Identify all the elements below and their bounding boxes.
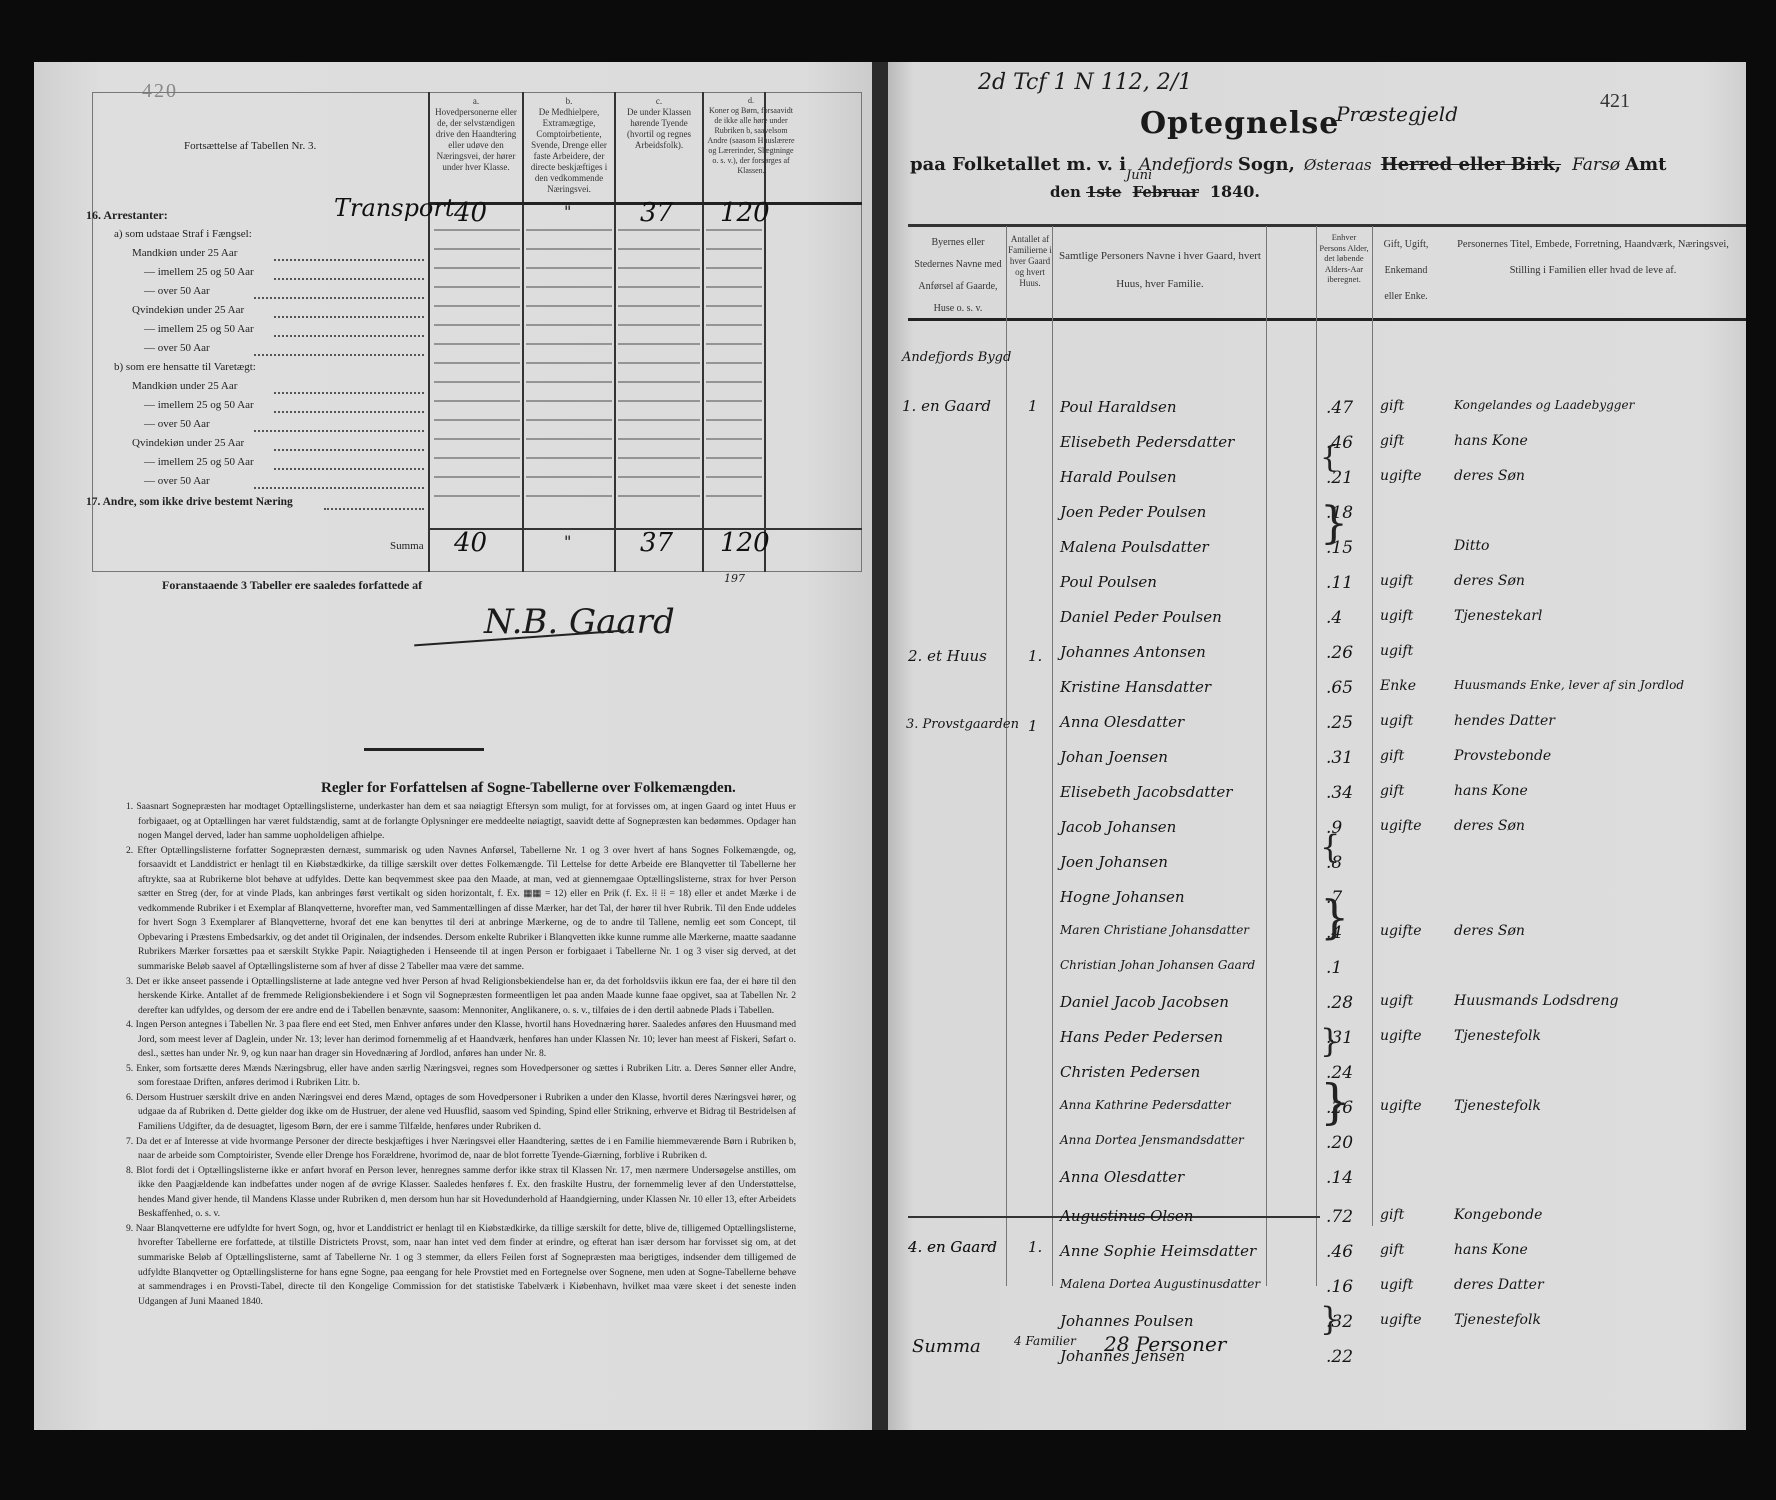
person-name: Anna Dortea Jensmandsdatter: [1060, 1133, 1244, 1147]
summa-label-right: Summa: [912, 1336, 981, 1357]
leader-dots: [254, 354, 424, 356]
person-occupation: deres Søn: [1454, 923, 1525, 939]
rule-3: 3. Det er ikke anseet passende i Optælli…: [126, 975, 796, 1019]
rules-title: Regler for Forfattelsen af Sogne-Tabelle…: [321, 780, 736, 797]
row-label: — imellem 25 og 50 Aar: [144, 399, 254, 411]
table-title: Fortsættelse af Tabellen Nr. 3.: [184, 140, 316, 152]
person-age: .65: [1326, 678, 1353, 698]
person-name: Elisebeth Jacobsdatter: [1060, 783, 1232, 801]
summa-value-a: 40: [454, 528, 487, 558]
rule-2: 2. Efter Optællingslisterne forfatter So…: [126, 844, 796, 975]
col-divider: [1006, 226, 1007, 1286]
household-families: 1.: [1028, 647, 1042, 665]
person-name: Christian Johan Johansen Gaard: [1060, 958, 1255, 972]
person-age: .11: [1326, 573, 1353, 593]
summa-label: Summa: [390, 540, 424, 552]
person-marital-status: ugift: [1380, 713, 1413, 729]
column-a-dots: [434, 212, 520, 512]
person-occupation: Tjenestefolk: [1454, 1312, 1541, 1328]
row-label: — over 50 Aar: [144, 418, 210, 430]
date-month-struck: Februar: [1132, 183, 1198, 201]
col-divider: [1316, 226, 1317, 1286]
person-age: .72: [1326, 1207, 1353, 1227]
person-age: .20: [1326, 1133, 1353, 1153]
person-name: Harald Poulsen: [1060, 468, 1177, 486]
authored-by-label: Foranstaaende 3 Tabeller ere saaledes fo…: [162, 578, 422, 593]
brace-icon: {: [1320, 440, 1339, 475]
household-place: 3. Provstgaarden: [906, 717, 1019, 732]
person-marital-status: ugifte: [1380, 1312, 1422, 1328]
margin-note: 197: [724, 572, 745, 585]
date-month-above: Juni: [1126, 168, 1152, 183]
col-divider: [428, 92, 430, 572]
person-name: Kristine Hansdatter: [1060, 678, 1211, 696]
district-above-handwritten: Præstegjeld: [1336, 102, 1458, 126]
rules-text: 1. Saasnart Sognepræsten har modtaget Op…: [126, 800, 796, 1309]
person-marital-status: ugifte: [1380, 923, 1422, 939]
person-name: Maren Christiane Johansdatter: [1060, 923, 1249, 937]
person-occupation: Tjenestefolk: [1454, 1098, 1541, 1114]
column-header-names: Samtlige Personers Navne i hver Gaard, h…: [1056, 242, 1264, 298]
person-name: Anna Kathrine Pedersdatter: [1060, 1098, 1231, 1112]
left-page: 420 Fortsættelse af Tabellen Nr. 3. a.Ho…: [34, 62, 872, 1430]
person-name: Daniel Jacob Jacobsen: [1060, 993, 1229, 1011]
person-marital-status: ugift: [1380, 1277, 1413, 1293]
date-prefix: den: [1050, 183, 1081, 201]
person-marital-status: gift: [1380, 1207, 1404, 1223]
rule-9: 9. Naar Blanqvetterne ere udfyldte for h…: [126, 1222, 796, 1309]
person-name: Joen Johansen: [1060, 853, 1168, 871]
leader-dots: [274, 411, 424, 413]
page-number-right: 421: [1600, 90, 1630, 113]
person-marital-status: gift: [1380, 783, 1404, 799]
brace-icon: }: [1320, 1300, 1340, 1338]
person-name: Anne Sophie Heimsdatter: [1060, 1242, 1256, 1260]
column-header-a: a.Hovedpersonerne eller de, der selvstæn…: [431, 96, 521, 173]
rule-6: 6. Dersom Hustruer særskilt drive en and…: [126, 1091, 796, 1135]
row-label: Mandkiøn under 25 Aar: [132, 247, 237, 259]
person-name: Johan Joensen: [1060, 748, 1168, 766]
person-occupation: hans Kone: [1454, 1242, 1528, 1258]
amt-label: Amt: [1625, 154, 1666, 175]
column-header-occupation: Personernes Titel, Embede, Forretning, H…: [1448, 232, 1738, 284]
signature: N.B. Gaard: [484, 602, 675, 642]
person-age: .4: [1326, 608, 1342, 628]
row-label: — over 50 Aar: [144, 475, 210, 487]
household-families: 1.: [1028, 1238, 1042, 1256]
person-occupation: Tjenestekarl: [1454, 608, 1542, 624]
person-name: Jacob Johansen: [1060, 818, 1176, 836]
person-marital-status: ugift: [1380, 643, 1413, 659]
column-header-age: Enhver Persons Alder, det løbende Alders…: [1318, 232, 1370, 285]
rule-1: 1. Saasnart Sognepræsten har modtaget Op…: [126, 800, 796, 844]
person-name: Christen Pedersen: [1060, 1063, 1200, 1081]
person-marital-status: ugifte: [1380, 468, 1422, 484]
rule-7: 7. Da det er af Interesse at vide hvorma…: [126, 1135, 796, 1164]
person-marital-status: gift: [1380, 433, 1404, 449]
person-occupation: deres Søn: [1454, 573, 1525, 589]
person-occupation: deres Datter: [1454, 1277, 1544, 1293]
col-divider: [1266, 226, 1267, 1286]
person-age: .26: [1326, 643, 1353, 663]
amt-handwritten: Farsø: [1572, 155, 1620, 175]
row-label: Qvindekiøn under 25 Aar: [132, 304, 244, 316]
person-name: Johannes Antonsen: [1060, 643, 1206, 661]
household-families: 1: [1028, 397, 1038, 415]
person-age: .22: [1326, 1347, 1353, 1367]
summa-value-c: 37: [640, 528, 673, 558]
person-age: .34: [1326, 783, 1353, 803]
person-name: Elisebeth Pedersdatter: [1060, 433, 1234, 451]
row-label: — imellem 25 og 50 Aar: [144, 323, 254, 335]
person-occupation: hans Kone: [1454, 783, 1528, 799]
leader-dots: [274, 335, 424, 337]
person-age: .46: [1326, 1242, 1353, 1262]
column-header-c: c.De under Klassen hørende Tyende (hvort…: [617, 96, 701, 151]
col-divider: [702, 92, 704, 572]
summa-value-b: ": [564, 532, 571, 551]
column-b-dots: [526, 212, 612, 512]
column-header-families: Antallet af Familierne i hver Gaard og h…: [1008, 234, 1052, 289]
person-name: Johannes Poulsen: [1060, 1312, 1194, 1330]
person-marital-status: ugift: [1380, 993, 1413, 1009]
person-name: Malena Dortea Augustinusdatter: [1060, 1277, 1260, 1291]
parish-handwritten: Andefjords: [1139, 155, 1233, 175]
district-handwritten: Østeraas: [1304, 156, 1372, 174]
leader-dots: [254, 297, 424, 299]
person-marital-status: ugifte: [1380, 1098, 1422, 1114]
column-c-dots: [618, 212, 700, 512]
household-families: 1: [1028, 717, 1038, 735]
person-name: Hogne Johansen: [1060, 888, 1185, 906]
col-divider: [522, 92, 524, 572]
person-marital-status: gift: [1380, 748, 1404, 764]
brace-icon: {: [1320, 828, 1340, 866]
person-occupation: Kongelandes og Laadebygger: [1454, 398, 1634, 412]
date-line: den 1ste Februar 1840.: [1050, 182, 1260, 201]
brace-icon: }: [1320, 1022, 1340, 1060]
person-name: Anna Olesdatter: [1060, 713, 1184, 731]
brace-icon: }: [1320, 1074, 1351, 1130]
person-occupation: Provstebonde: [1454, 748, 1551, 764]
row-label: — over 50 Aar: [144, 342, 210, 354]
person-marital-status: ugift: [1380, 608, 1413, 624]
ornament-divider: [364, 748, 484, 751]
person-age: .25: [1326, 713, 1353, 733]
row-label: — over 50 Aar: [144, 285, 210, 297]
person-marital-status: Enke: [1380, 678, 1416, 694]
person-age: .16: [1326, 1277, 1353, 1297]
person-name: Poul Poulsen: [1060, 573, 1157, 591]
section-16-heading: 16. Arrestanter:: [86, 208, 168, 223]
person-occupation: Huusmands Enke, lever af sin Jordlod: [1454, 678, 1684, 692]
person-occupation: Ditto: [1454, 538, 1489, 554]
leader-dots: [274, 259, 424, 261]
leader-dots: [324, 508, 424, 510]
leader-dots: [274, 278, 424, 280]
district-label: Andefjords Bygd: [902, 350, 1011, 365]
person-occupation: Kongebonde: [1454, 1207, 1542, 1223]
summa-persons: 28 Personer: [1104, 1332, 1226, 1356]
person-name: Hans Peder Pedersen: [1060, 1028, 1223, 1046]
person-marital-status: ugifte: [1380, 1028, 1422, 1044]
rule-8: 8. Blot fordi det i Optællingslisterne i…: [126, 1164, 796, 1222]
person-occupation: hendes Datter: [1454, 713, 1555, 729]
table-top-rule: [908, 224, 1746, 227]
leader-dots: [254, 487, 424, 489]
right-page: 2d Tcf 1 N 112, 2/1 421 Optegnelse Præst…: [888, 62, 1746, 1430]
subtitle-line: paa Folketallet m. v. i Andefjords Sogn,…: [910, 154, 1666, 175]
person-age: .1: [1326, 958, 1342, 978]
person-name: Joen Peder Poulsen: [1060, 503, 1206, 521]
person-age: .31: [1326, 748, 1353, 768]
column-header-b: b.De Medhielpere, Extramægtige, Comptoir…: [525, 96, 613, 195]
person-marital-status: gift: [1380, 1242, 1404, 1258]
column-header-place: Byernes eller Stedernes Navne med Anførs…: [912, 232, 1004, 320]
person-marital-status: ugift: [1380, 573, 1413, 589]
household-place: 1. en Gaard: [902, 397, 991, 415]
leader-dots: [274, 468, 424, 470]
row-label: Qvindekiøn under 25 Aar: [132, 437, 244, 449]
person-name: Poul Haraldsen: [1060, 398, 1177, 416]
person-name: Augustinus Olsen: [1060, 1207, 1193, 1225]
col-divider: [1052, 226, 1053, 1286]
col-divider: [614, 92, 616, 572]
leader-dots: [274, 392, 424, 394]
summa-families: 4 Familier: [1014, 1334, 1076, 1348]
subtitle-prefix: paa Folketallet m. v. i: [910, 154, 1126, 175]
summa-value-d: 120: [720, 528, 770, 558]
leader-dots: [274, 449, 424, 451]
section-16-sub-b: b) som ere hensatte til Varetægt:: [114, 361, 256, 373]
person-occupation: Tjenestefolk: [1454, 1028, 1541, 1044]
row-label: Mandkiøn under 25 Aar: [132, 380, 237, 392]
person-name: Malena Poulsdatter: [1060, 538, 1209, 556]
col-divider: [1372, 226, 1373, 1226]
person-marital-status: gift: [1380, 398, 1404, 414]
rule-4: 4. Ingen Person antegnes i Tabellen Nr. …: [126, 1018, 796, 1062]
person-occupation: deres Søn: [1454, 468, 1525, 484]
sogn-label: Sogn,: [1238, 154, 1295, 175]
row-label: — imellem 25 og 50 Aar: [144, 456, 254, 468]
person-age: .47: [1326, 398, 1353, 418]
person-marital-status: ugifte: [1380, 818, 1422, 834]
book-gutter: [872, 62, 888, 1430]
section-16-sub-a: a) som udstaae Straf i Fængsel:: [114, 228, 252, 240]
brace-icon: }: [1320, 498, 1348, 549]
person-name: Anna Olesdatter: [1060, 1168, 1184, 1186]
person-name: Daniel Peder Poulsen: [1060, 608, 1222, 626]
person-occupation: Huusmands Lodsdreng: [1454, 993, 1618, 1009]
column-d-dots: [706, 212, 762, 512]
section-17-label: 17. Andre, som ikke drive bestemt Næring: [86, 496, 293, 508]
leader-dots: [254, 430, 424, 432]
brace-icon: }: [1320, 890, 1349, 944]
row-label: — imellem 25 og 50 Aar: [144, 266, 254, 278]
person-occupation: deres Søn: [1454, 818, 1525, 834]
person-age: .14: [1326, 1168, 1353, 1188]
archive-note: 2d Tcf 1 N 112, 2/1: [978, 70, 1192, 95]
rule-5: 5. Enker, som fortsætte deres Mænds Næri…: [126, 1062, 796, 1091]
leader-dots: [274, 316, 424, 318]
date-day-struck: 1ste: [1086, 183, 1121, 201]
document-title: Optegnelse: [1140, 106, 1339, 141]
household-place: 2. et Huus: [908, 647, 987, 665]
date-year: 1840.: [1210, 182, 1260, 201]
person-age: .28: [1326, 993, 1353, 1013]
person-occupation: hans Kone: [1454, 433, 1528, 449]
herred-struck: Herred eller Birk,: [1381, 154, 1561, 175]
column-header-marital-status: Gift, Ugift, Enkemand eller Enke.: [1376, 232, 1436, 310]
household-place: 4. en Gaard: [908, 1238, 997, 1256]
column-header-d: d.Koner og Børn, forsaavidt de ikke alle…: [705, 96, 797, 176]
table-header-rule: [908, 318, 1746, 321]
